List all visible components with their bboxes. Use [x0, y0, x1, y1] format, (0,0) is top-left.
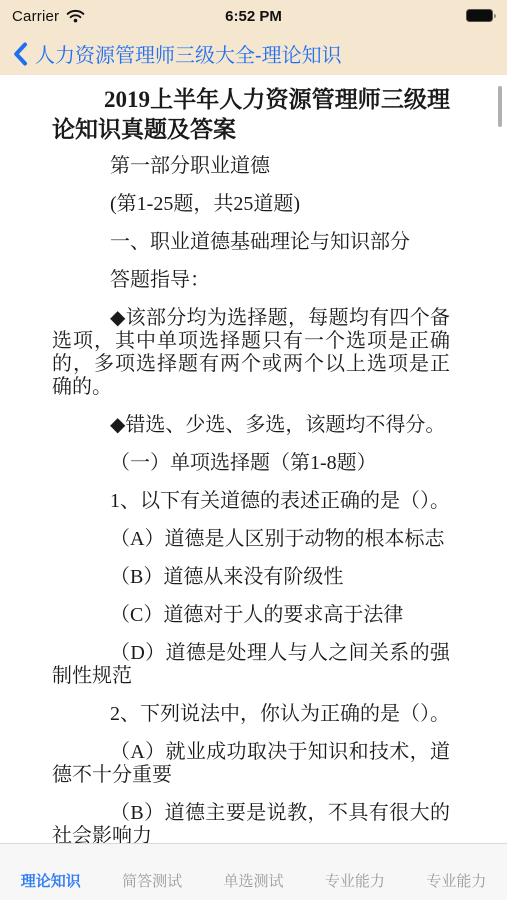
document-paragraph: （D）道德是处理人与人之间关系的强制性规范 [52, 642, 450, 688]
status-bar: Carrier 6:52 PM [0, 0, 507, 32]
document-title: 2019上半年人力资源管理师三级理论知识真题及答案 [52, 85, 450, 145]
document-paragraph: 2、下列说法中，你认为正确的是（）。 [52, 703, 450, 726]
battery-icon [466, 9, 493, 22]
document-paragraph: 1、以下有关道德的表述正确的是（）。 [52, 490, 450, 513]
scrollbar-thumb[interactable] [498, 86, 502, 127]
status-clock: 6:52 PM [0, 8, 507, 25]
tab-item-3[interactable]: 单选测试 [203, 844, 304, 900]
nav-bar: 人力资源管理师三级大全-理论知识 [0, 32, 507, 75]
tab-label: 理论知识 [21, 870, 81, 891]
tab-item-1[interactable]: 理论知识 [0, 844, 101, 900]
document-page: 2019上半年人力资源管理师三级理论知识真题及答案 第一部分职业道德(第1-25… [0, 75, 507, 843]
document-paragraph: （B）道德主要是说教，不具有很大的社会影响力 [52, 802, 450, 843]
tab-label: 单选测试 [224, 870, 284, 891]
app-screen: Carrier 6:52 PM 人力资源管理师三级大全-理论知识 2019上半年… [0, 0, 507, 900]
tab-label: 专业能力 [426, 870, 486, 891]
tab-item-4[interactable]: 专业能力 [304, 844, 405, 900]
chevron-left-icon [13, 42, 28, 66]
document-paragraph: （A）就业成功取决于知识和技术，道德不十分重要 [52, 741, 450, 787]
document-paragraph: （A）道德是人区别于动物的根本标志 [52, 528, 450, 551]
document-paragraph: （B）道德从来没有阶级性 [52, 566, 450, 589]
document-paragraph: 第一部分职业道德 [52, 155, 450, 178]
tab-label: 简答测试 [122, 870, 182, 891]
tab-bar: 理论知识简答测试单选测试专业能力专业能力 [0, 843, 507, 900]
tab-item-2[interactable]: 简答测试 [101, 844, 202, 900]
nav-back-title: 人力资源管理师三级大全-理论知识 [35, 39, 342, 68]
tab-label: 专业能力 [325, 870, 385, 891]
document-paragraph: 答题指导： [52, 269, 450, 292]
document-paragraph: ◆该部分均为选择题，每题均有四个备选项，其中单项选择题只有一个选项是正确的，多项… [52, 307, 450, 399]
document-paragraph: (第1-25题，共25道题) [52, 193, 450, 216]
document-paragraph: ◆错选、少选、多选，该题均不得分。 [52, 414, 450, 437]
document-scroll-area[interactable]: 2019上半年人力资源管理师三级理论知识真题及答案 第一部分职业道德(第1-25… [0, 75, 507, 843]
document-paragraph: 一、职业道德基础理论与知识部分 [52, 231, 450, 254]
document-paragraph: （一）单项选择题（第1-8题） [52, 452, 450, 475]
document-body: 第一部分职业道德(第1-25题，共25道题)一、职业道德基础理论与知识部分答题指… [52, 155, 450, 843]
document-paragraph: （C）道德对于人的要求高于法律 [52, 604, 450, 627]
back-button[interactable]: 人力资源管理师三级大全-理论知识 [13, 39, 342, 68]
tab-item-5[interactable]: 专业能力 [406, 844, 507, 900]
